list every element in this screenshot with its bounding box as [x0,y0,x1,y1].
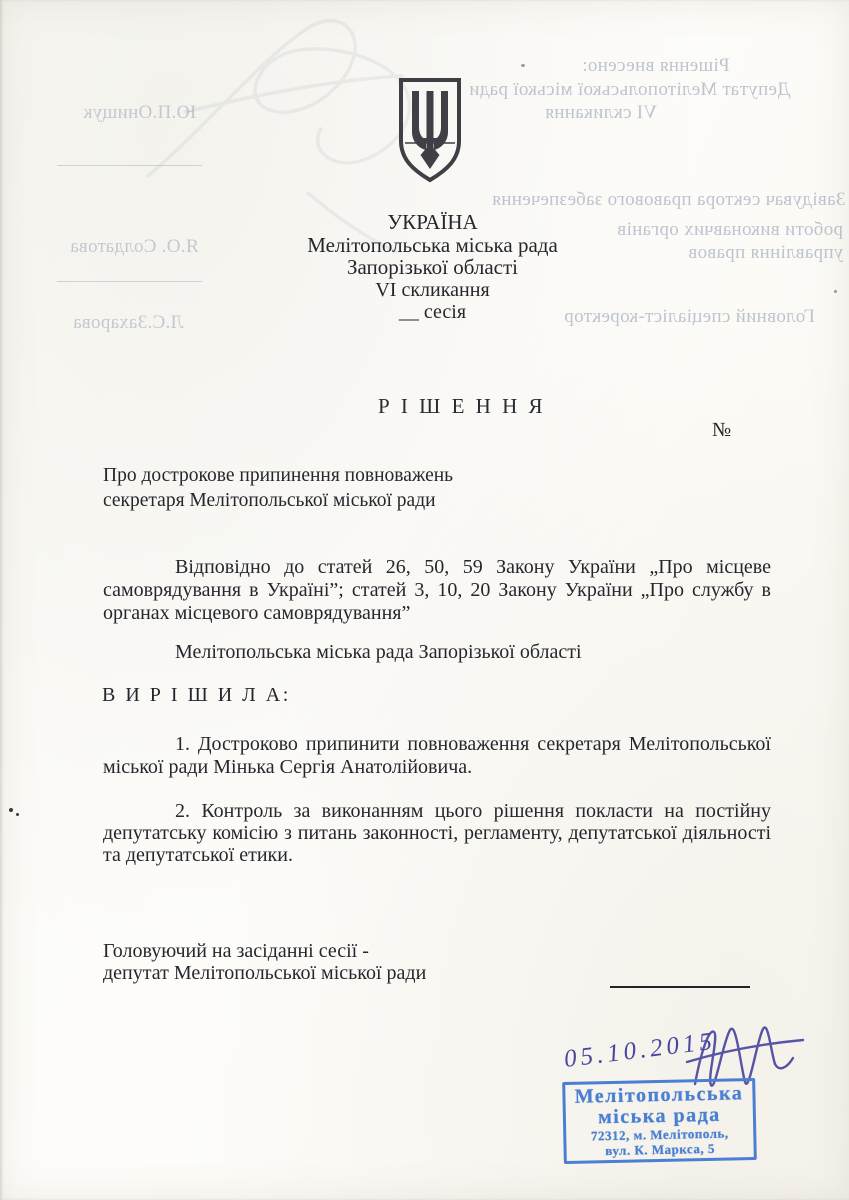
bleedthrough-signature-line [57,165,202,166]
council-statement-line: Мелітопольська міська рада Запорізької о… [103,641,771,664]
closing-block: Головуючий на засіданні сесії - депутат … [103,940,426,984]
document-title: Р І Ш Е Н Н Я [378,394,546,419]
scanned-decision-document: Рішення внесено: Депутат Мелітопольської… [0,0,849,1200]
council-name: Мелітопольська міська рада [16,234,849,257]
session-line: __ сесія [16,301,849,324]
document-header: УКРАЇНА Мелітопольська міська рада Запор… [16,211,849,324]
country-name: УКРАЇНА [16,211,849,234]
body-line: 2. Контроль за виконанням цього рішення … [103,800,771,822]
ukraine-trident-emblem [397,77,463,191]
subject-block: Про дострокове припинення повноважень се… [103,463,453,513]
bleedthrough-signatory-name: Ю.П.Онищук [83,102,196,124]
closing-line: Головуючий на засіданні сесії - [103,940,426,962]
closing-line: депутат Мелітопольської міської ради [103,962,426,984]
document-number-sign: № [712,419,731,442]
bleedthrough-label: Депутат Мелітопольської міської ради [469,79,790,101]
subject-line: секретаря Мелітопольської міської ради [103,488,453,513]
signature-line [610,986,750,988]
bleedthrough-label: VI скликання [545,102,657,124]
body-line: 1. Достроково припинити повноваження сек… [103,733,771,756]
resolution-item-1: 1. Достроково припинити повноваження сек… [103,733,771,779]
scan-speck [521,64,525,67]
subject-line: Про дострокове припинення повноважень [103,463,453,488]
body-line: та депутатської етики. [103,844,771,867]
body-line: самоврядування в Україні”; статей 3, 10,… [103,579,771,602]
region-name: Запорізької області [16,256,849,279]
body-line: Відповідно до статей 26, 50, 59 Закону У… [103,556,771,579]
bleedthrough-label: Рішення внесено: [582,55,730,77]
bleedthrough-label: Завідувач сектора правового забезпечення [492,189,845,211]
resolution-item-2: 2. Контроль за виконанням цього рішення … [103,800,771,867]
resolved-heading: В И Р І Ш И Л А: [102,684,291,707]
scan-speck [834,290,837,293]
council-stamp: Мелітопольська міська рада 72312, м. Мел… [562,1078,757,1164]
body-line: органах місцевого самоврядування” [103,602,771,625]
preamble-paragraph: Відповідно до статей 26, 50, 59 Закону У… [103,556,771,625]
scan-speck [16,813,19,816]
convocation: VI скликання [16,279,849,302]
scan-speck [9,808,13,812]
body-line: міської ради Мінька Сергія Анатолійовича… [103,756,771,779]
body-line: депутатську комісію з питань законності,… [103,822,771,844]
